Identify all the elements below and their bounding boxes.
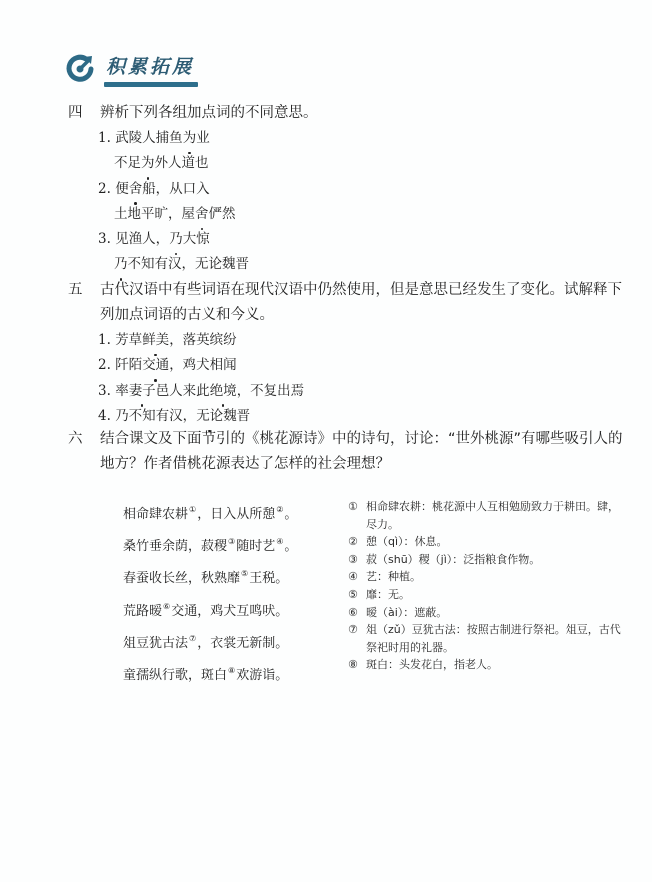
exercise-prompt: 辨析下列各组加点词的不同意思。 xyxy=(100,101,628,126)
exercise-section-5: 五 古代汉语中有些词语在现代汉语中仍然使用，但是意思已经发生了变化。试解释下列加… xyxy=(68,278,628,429)
exercise-heading: 五 古代汉语中有些词语在现代汉语中仍然使用，但是意思已经发生了变化。试解释下列加… xyxy=(68,278,628,328)
emphasis-char: 舍 xyxy=(195,202,209,227)
refresh-arrow-icon xyxy=(64,52,96,84)
footnote: ⑦俎（zǔ）豆犹古法：按照古制进行祭祀。俎豆，古代祭祀时用的礼器。 xyxy=(348,621,628,656)
poem-line: 童孺纵行歌，斑白⑧欢游诣。 xyxy=(123,657,297,689)
list-item: 4. 乃不知有汉，无论魏晋 xyxy=(98,404,628,429)
poem-excerpt: 相命肆农耕①，日入从所憩②。 桑竹垂余荫，菽稷③随时艺④。 春蚕收长丝，秋熟靡⑤… xyxy=(123,496,297,689)
exercise-number: 五 xyxy=(68,278,100,328)
poem-line: 春蚕收长丝，秋熟靡⑤王税。 xyxy=(123,560,297,592)
emphasis-char: 乃 xyxy=(114,252,128,277)
footnote: ⑧斑白：头发花白，指老人。 xyxy=(348,656,628,674)
emphasis-word: 鲜美 xyxy=(142,328,169,353)
footnote: ⑤靡：无。 xyxy=(348,586,628,604)
exercise-number: 四 xyxy=(68,101,100,126)
header-title: 积累拓展 xyxy=(106,56,194,78)
exercise-items: 1. 武陵人捕鱼为业 不足为外人道也 2. 便舍船，从口入 土地平旷，屋舍俨然 … xyxy=(98,126,628,278)
exercise-prompt: 古代汉语中有些词语在现代汉语中仍然使用，但是意思已经发生了变化。试解释下列加点词… xyxy=(100,278,628,328)
footnote: ①相命肆农耕：桃花源中人互相勉励致力于耕田。肆，尽力。 xyxy=(348,498,628,533)
header-title-wrap: 积累拓展 xyxy=(106,52,194,85)
footnote: ②憩（qì）：休息。 xyxy=(348,533,628,551)
list-item: 3. 率妻子邑人来此绝境，不复出焉 xyxy=(98,379,628,404)
emphasis-char: 为 xyxy=(183,126,197,151)
emphasis-word: 绝境 xyxy=(210,379,237,404)
poem-line: 桑竹垂余荫，菽稷③随时艺④。 xyxy=(123,528,297,560)
exercise-heading: 六 结合课文及下面节引的《桃花源诗》中的诗句，讨论：“世外桃源”有哪些吸引人的地… xyxy=(68,427,628,477)
exercise-section-6: 六 结合课文及下面节引的《桃花源诗》中的诗句，讨论：“世外桃源”有哪些吸引人的地… xyxy=(68,427,628,477)
exercise-heading: 四 辨析下列各组加点词的不同意思。 xyxy=(68,101,628,126)
exercise-number: 六 xyxy=(68,427,100,477)
list-item: 1. 武陵人捕鱼为业 xyxy=(98,126,628,151)
list-item: 2. 便舍船，从口入 xyxy=(98,177,628,202)
emphasis-word: 交通 xyxy=(142,353,169,378)
list-item: 2. 阡陌交通，鸡犬相闻 xyxy=(98,353,628,378)
exercise-items: 1. 芳草鲜美，落英缤纷 2. 阡陌交通，鸡犬相闻 3. 率妻子邑人来此绝境，不… xyxy=(98,328,628,429)
exercise-prompt: 结合课文及下面节引的《桃花源诗》中的诗句，讨论：“世外桃源”有哪些吸引人的地方？… xyxy=(100,427,628,477)
emphasis-char: 为 xyxy=(141,151,155,176)
emphasis-char: 乃 xyxy=(169,227,183,252)
list-item: 不足为外人道也 xyxy=(98,151,628,176)
textbook-page: 积累拓展 四 辨析下列各组加点词的不同意思。 1. 武陵人捕鱼为业 不足为外人道… xyxy=(0,0,652,882)
list-item: 乃不知有汉，无论魏晋 xyxy=(98,252,628,277)
emphasis-char: 舍 xyxy=(129,177,143,202)
footnote: ③菽（shū）稷（jì）：泛指粮食作物。 xyxy=(348,551,628,569)
list-item: 土地平旷，屋舍俨然 xyxy=(98,202,628,227)
header-underline xyxy=(104,82,198,87)
footnotes: ①相命肆农耕：桃花源中人互相勉励致力于耕田。肆，尽力。 ②憩（qì）：休息。 ③… xyxy=(348,498,628,674)
poem-line: 俎豆犹古法⑦，衣裳无新制。 xyxy=(123,625,297,657)
emphasis-word: 无论 xyxy=(196,404,223,429)
footnote: ⑥暧（ài）：遮蔽。 xyxy=(348,604,628,622)
poem-line: 相命肆农耕①，日入从所憩②。 xyxy=(123,496,297,528)
poem-line: 荒路暧⑥交通，鸡犬互鸣吠。 xyxy=(123,593,297,625)
emphasis-word: 妻子 xyxy=(129,379,156,404)
exercise-section-4: 四 辨析下列各组加点词的不同意思。 1. 武陵人捕鱼为业 不足为外人道也 2. … xyxy=(68,101,628,278)
list-item: 1. 芳草鲜美，落英缤纷 xyxy=(98,328,628,353)
section-header: 积累拓展 xyxy=(64,48,194,88)
footnote: ④艺：种植。 xyxy=(348,568,628,586)
list-item: 3. 见渔人，乃大惊 xyxy=(98,227,628,252)
